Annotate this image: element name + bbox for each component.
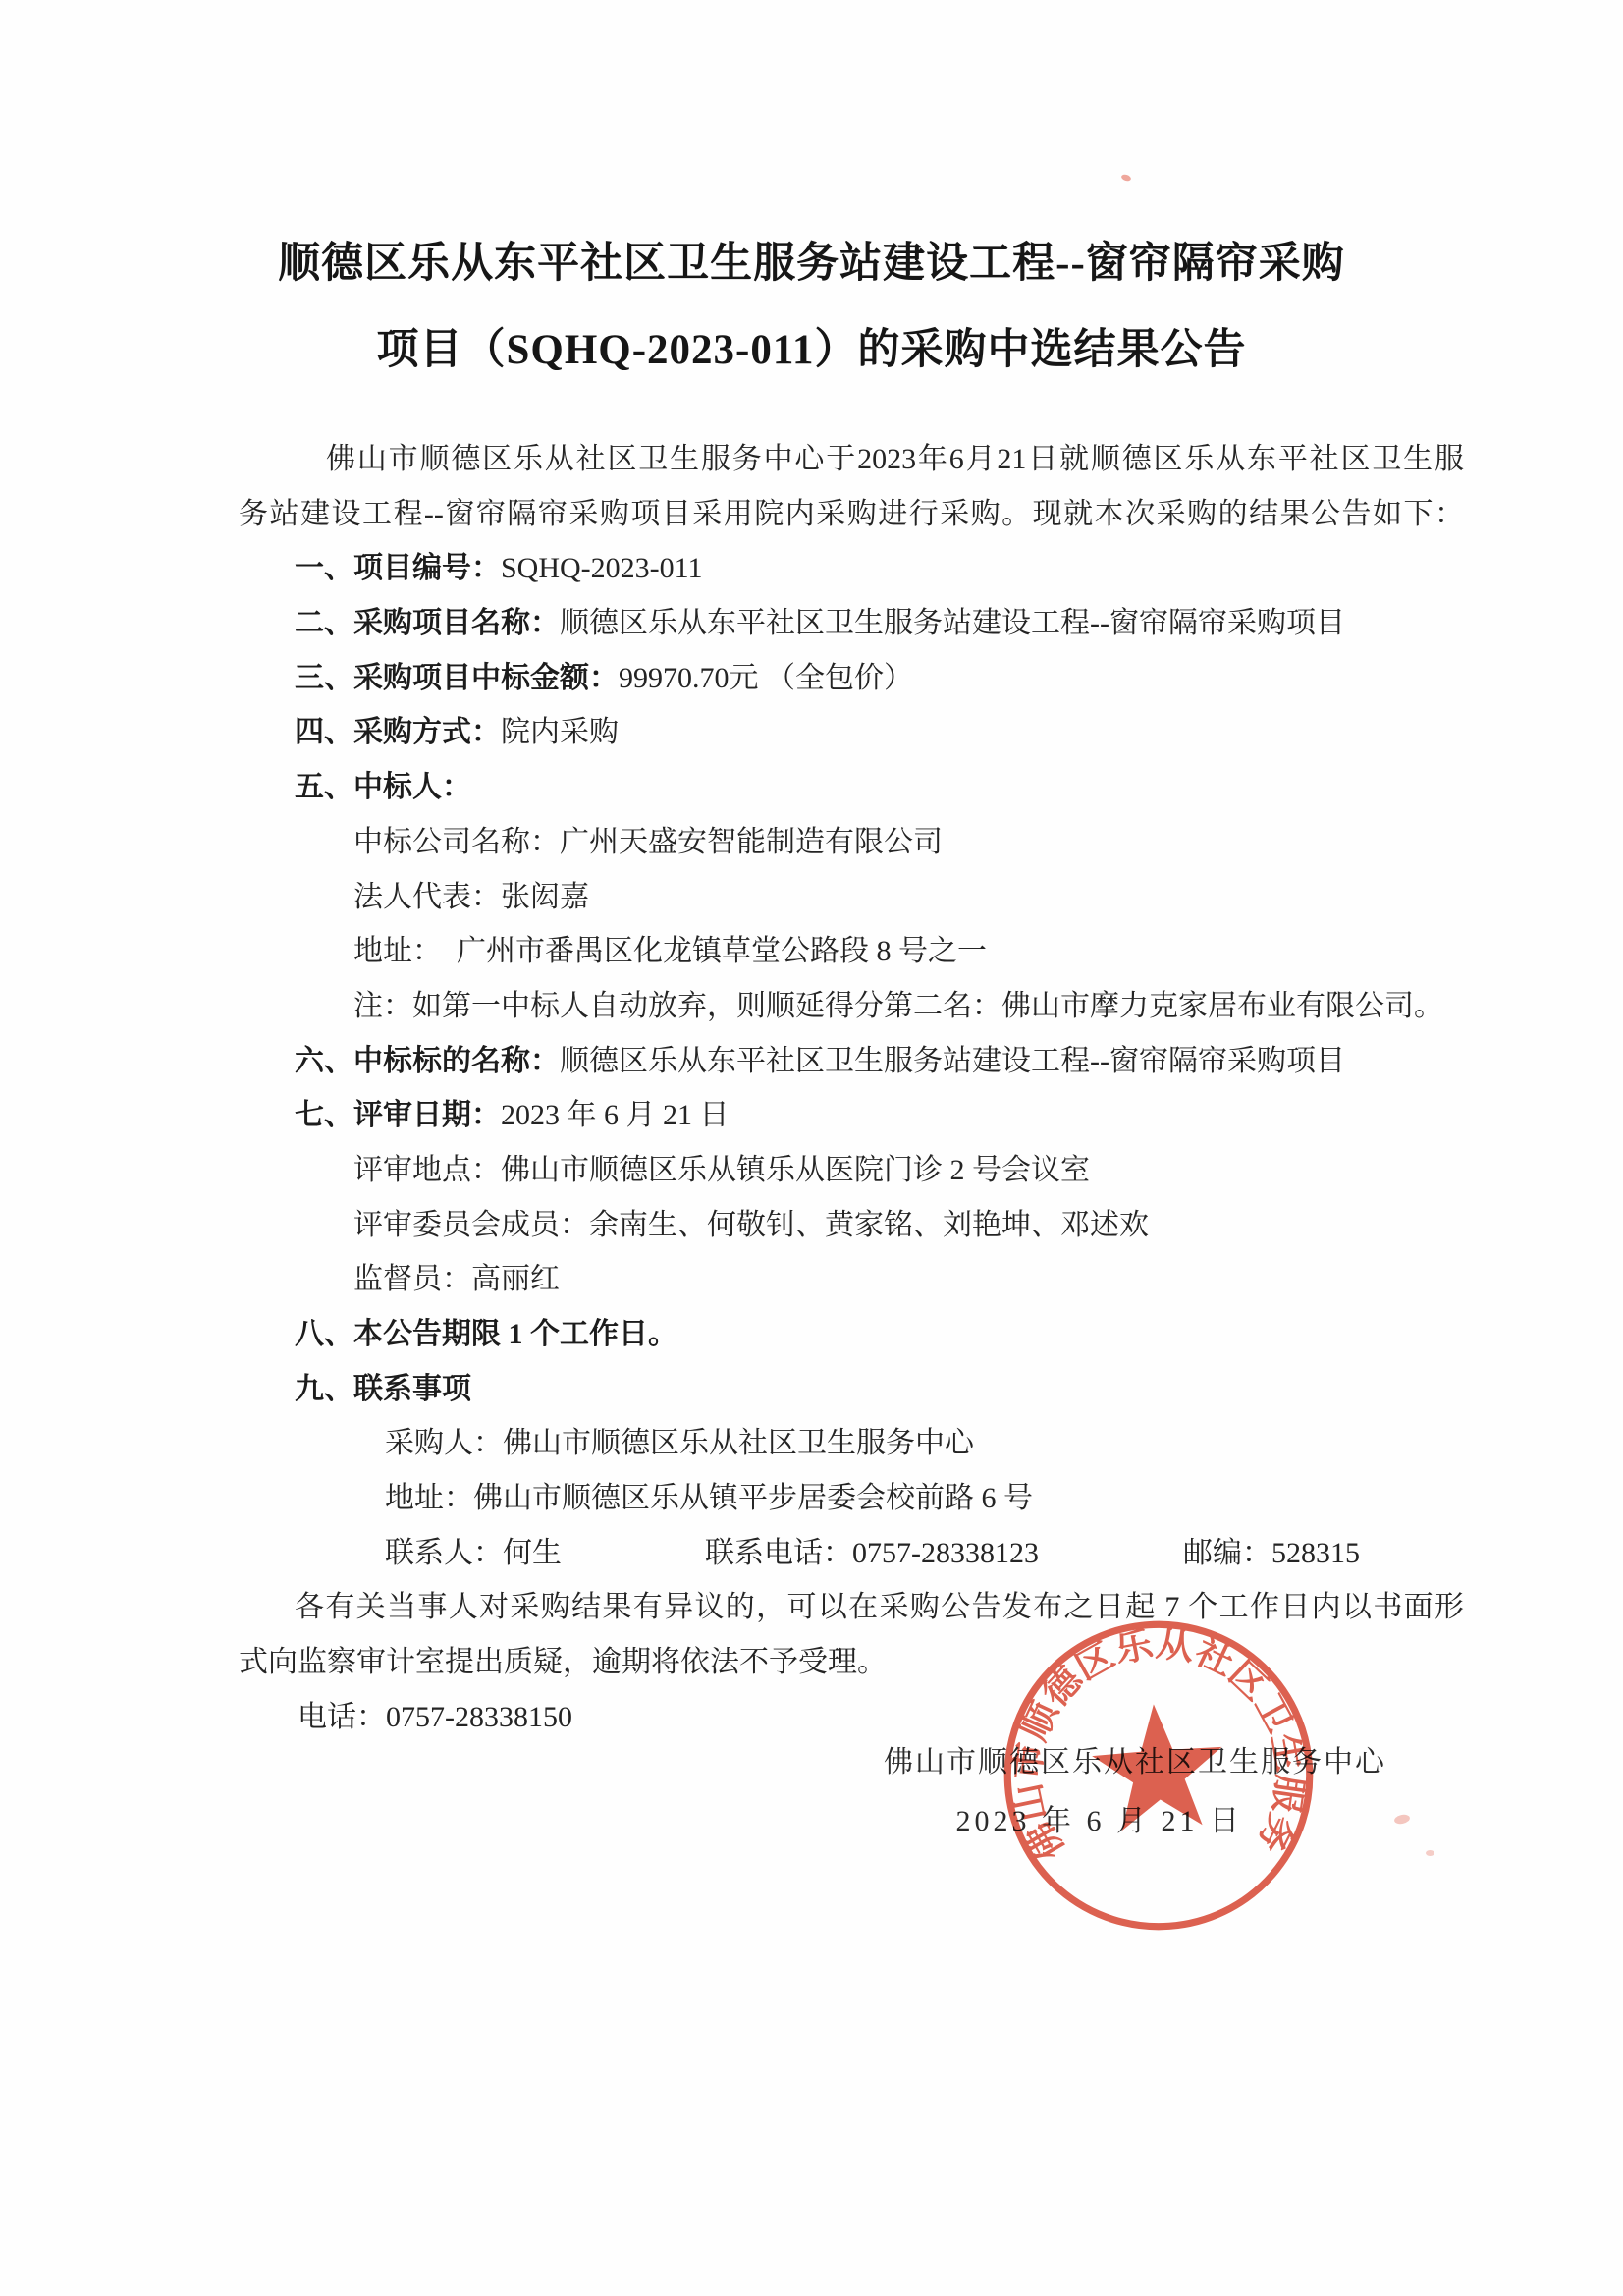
document-title-line1: 顺德区乐从东平社区卫生服务站建设工程--窗帘隔帘采购 <box>0 230 1623 290</box>
item-contact-heading: 九、联系事项 <box>239 1362 1464 1417</box>
postal-code: 邮编：528315 <box>1183 1526 1360 1581</box>
document-body: 佛山市顺德区乐从社区卫生服务中心于2023年6月21日就顺德区乐从东平社区卫生服… <box>239 432 1464 1745</box>
ink-speckle <box>1120 174 1131 183</box>
review-committee-members: 评审委员会成员：余南生、何敬钊、黄家铭、刘艳坤、邓述欢 <box>239 1198 1464 1253</box>
review-supervisor: 监督员：高丽红 <box>239 1252 1464 1307</box>
contact-person: 联系人：何生 <box>385 1526 562 1581</box>
star-icon <box>1089 1700 1227 1832</box>
item-value: 2023 年 6 月 21 日 <box>501 1099 730 1131</box>
purchaser-name: 采购人：佛山市顺德区乐从社区卫生服务中心 <box>239 1416 1464 1471</box>
item-label: 八、本公告期限 1 个工作日。 <box>295 1318 677 1350</box>
item-label: 九、联系事项 <box>295 1373 471 1405</box>
official-seal: 佛山市顺德区乐从社区卫生服务中心 <box>986 1603 1331 1948</box>
document-page: 顺德区乐从东平社区卫生服务站建设工程--窗帘隔帘采购 项目（SQHQ-2023-… <box>0 0 1623 2296</box>
winner-legal-representative: 法人代表：张闳嘉 <box>239 870 1464 925</box>
item-review-date: 七、评审日期：2023 年 6 月 21 日 <box>239 1088 1464 1143</box>
winner-note: 注：如第一中标人自动放弃，则顺延得分第二名：佛山市摩力克家居布业有限公司。 <box>239 979 1464 1034</box>
item-project-name: 二、采购项目名称：顺德区乐从东平社区卫生服务站建设工程--窗帘隔帘采购项目 <box>239 596 1464 651</box>
item-label: 五、中标人： <box>295 771 471 803</box>
item-label: 二、采购项目名称： <box>295 607 560 639</box>
item-label: 三、采购项目中标金额： <box>295 662 619 694</box>
item-label: 七、评审日期： <box>295 1099 501 1131</box>
item-value: SQHQ-2023-011 <box>501 552 703 584</box>
review-location: 评审地点：佛山市顺德区乐从镇乐从医院门诊 2 号会议室 <box>239 1143 1464 1198</box>
intro-line-2: 务站建设工程--窗帘隔帘采购项目采用院内采购进行采购。现就本次采购的结果公告如下… <box>239 487 1464 542</box>
item-project-number: 一、项目编号：SQHQ-2023-011 <box>239 541 1464 596</box>
ink-speckle <box>1393 1813 1411 1825</box>
item-value: 99970.70元 （全包价） <box>619 662 913 694</box>
item-award-subject: 六、中标标的名称：顺德区乐从东平社区卫生服务站建设工程--窗帘隔帘采购项目 <box>239 1034 1464 1089</box>
item-label: 四、采购方式： <box>295 716 501 748</box>
document-title-line2: 项目（SQHQ-2023-011）的采购中选结果公告 <box>0 316 1623 376</box>
item-procurement-method: 四、采购方式：院内采购 <box>239 705 1464 760</box>
winner-company-name: 中标公司名称：广州天盛安智能制造有限公司 <box>239 815 1464 870</box>
item-label: 一、项目编号： <box>295 552 501 584</box>
winner-address: 地址： 广州市番禺区化龙镇草堂公路段 8 号之一 <box>239 924 1464 979</box>
item-announcement-period: 八、本公告期限 1 个工作日。 <box>239 1307 1464 1362</box>
item-value: 院内采购 <box>501 716 619 748</box>
item-label: 六、中标标的名称： <box>295 1045 560 1077</box>
item-winner-heading: 五、中标人： <box>239 760 1464 815</box>
item-value: 顺德区乐从东平社区卫生服务站建设工程--窗帘隔帘采购项目 <box>560 1045 1345 1077</box>
contact-phone: 联系电话：0757-28338123 <box>705 1526 1039 1581</box>
ink-speckle <box>1426 1850 1434 1856</box>
item-value: 顺德区乐从东平社区卫生服务站建设工程--窗帘隔帘采购项目 <box>560 607 1345 639</box>
intro-line-1: 佛山市顺德区乐从社区卫生服务中心于2023年6月21日就顺德区乐从东平社区卫生服 <box>239 432 1464 487</box>
contact-line: 联系人：何生 联系电话：0757-28338123 邮编：528315 <box>239 1526 1464 1581</box>
purchaser-address: 地址：佛山市顺德区乐从镇平步居委会校前路 6 号 <box>239 1471 1464 1526</box>
item-award-amount: 三、采购项目中标金额：99970.70元 （全包价） <box>239 651 1464 706</box>
